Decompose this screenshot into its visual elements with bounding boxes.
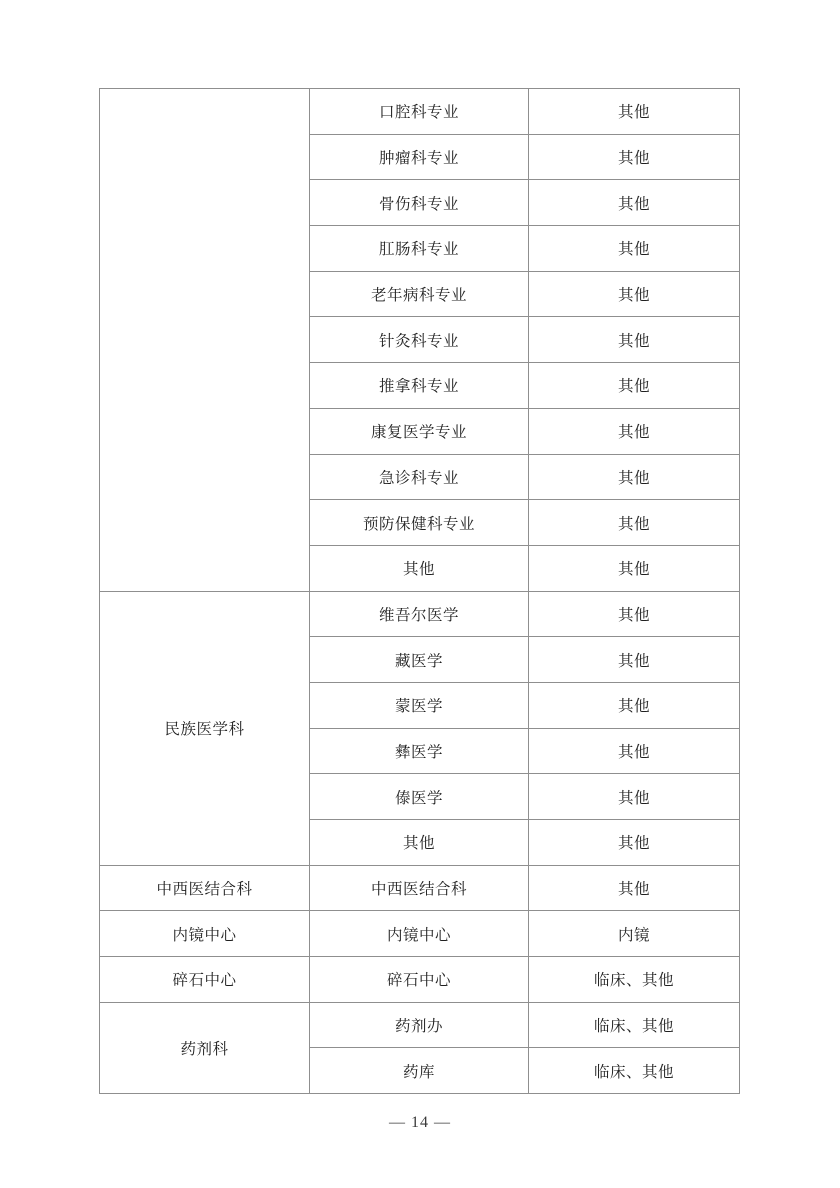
category-cell: 内镜	[529, 911, 740, 957]
specialty-cell: 其他	[310, 820, 529, 866]
category-cell: 其他	[529, 774, 740, 820]
specialty-cell: 急诊科专业	[310, 454, 529, 500]
document-page: 口腔科专业 其他 肿瘤科专业 其他 骨伤科专业 其他 肛肠科专业 其他 老年病科…	[0, 0, 840, 1188]
specialty-cell: 傣医学	[310, 774, 529, 820]
specialty-cell: 彝医学	[310, 728, 529, 774]
specialty-cell: 蒙医学	[310, 682, 529, 728]
department-cell: 碎石中心	[100, 957, 310, 1003]
category-cell: 其他	[529, 271, 740, 317]
table-row: 内镜中心 内镜中心 内镜	[100, 911, 740, 957]
category-cell: 其他	[529, 454, 740, 500]
department-cell: 中西医结合科	[100, 865, 310, 911]
specialty-cell: 推拿科专业	[310, 363, 529, 409]
specialty-cell: 维吾尔医学	[310, 591, 529, 637]
category-cell: 其他	[529, 317, 740, 363]
specialty-cell: 骨伤科专业	[310, 180, 529, 226]
category-cell: 临床、其他	[529, 957, 740, 1003]
category-cell: 其他	[529, 408, 740, 454]
table-row: 药剂科 药剂办 临床、其他	[100, 1002, 740, 1048]
specialty-cell: 内镜中心	[310, 911, 529, 957]
specialty-cell: 中西医结合科	[310, 865, 529, 911]
department-cell: 药剂科	[100, 1002, 310, 1093]
category-cell: 其他	[529, 226, 740, 272]
specialty-cell: 肛肠科专业	[310, 226, 529, 272]
table-row: 中西医结合科 中西医结合科 其他	[100, 865, 740, 911]
table-row: 口腔科专业 其他	[100, 89, 740, 135]
category-cell: 其他	[529, 682, 740, 728]
category-cell: 其他	[529, 180, 740, 226]
table-row: 民族医学科 维吾尔医学 其他	[100, 591, 740, 637]
specialty-cell: 预防保健科专业	[310, 500, 529, 546]
category-cell: 其他	[529, 591, 740, 637]
specialty-cell: 肿瘤科专业	[310, 134, 529, 180]
page-number: — 14 —	[0, 1114, 840, 1132]
specialty-cell: 口腔科专业	[310, 89, 529, 135]
category-cell: 其他	[529, 363, 740, 409]
category-cell: 临床、其他	[529, 1048, 740, 1094]
department-cell	[100, 89, 310, 592]
category-cell: 其他	[529, 637, 740, 683]
specialty-cell: 康复医学专业	[310, 408, 529, 454]
department-cell: 内镜中心	[100, 911, 310, 957]
category-cell: 其他	[529, 500, 740, 546]
specialty-cell: 药库	[310, 1048, 529, 1094]
category-cell: 其他	[529, 545, 740, 591]
category-cell: 其他	[529, 865, 740, 911]
category-cell: 其他	[529, 89, 740, 135]
specialty-cell: 老年病科专业	[310, 271, 529, 317]
specialty-cell: 藏医学	[310, 637, 529, 683]
table-row: 碎石中心 碎石中心 临床、其他	[100, 957, 740, 1003]
category-cell: 临床、其他	[529, 1002, 740, 1048]
category-cell: 其他	[529, 134, 740, 180]
department-specialty-table: 口腔科专业 其他 肿瘤科专业 其他 骨伤科专业 其他 肛肠科专业 其他 老年病科…	[99, 88, 740, 1094]
specialty-cell: 药剂办	[310, 1002, 529, 1048]
specialty-cell: 针灸科专业	[310, 317, 529, 363]
category-cell: 其他	[529, 728, 740, 774]
category-cell: 其他	[529, 820, 740, 866]
specialty-cell: 其他	[310, 545, 529, 591]
specialty-cell: 碎石中心	[310, 957, 529, 1003]
department-cell: 民族医学科	[100, 591, 310, 865]
